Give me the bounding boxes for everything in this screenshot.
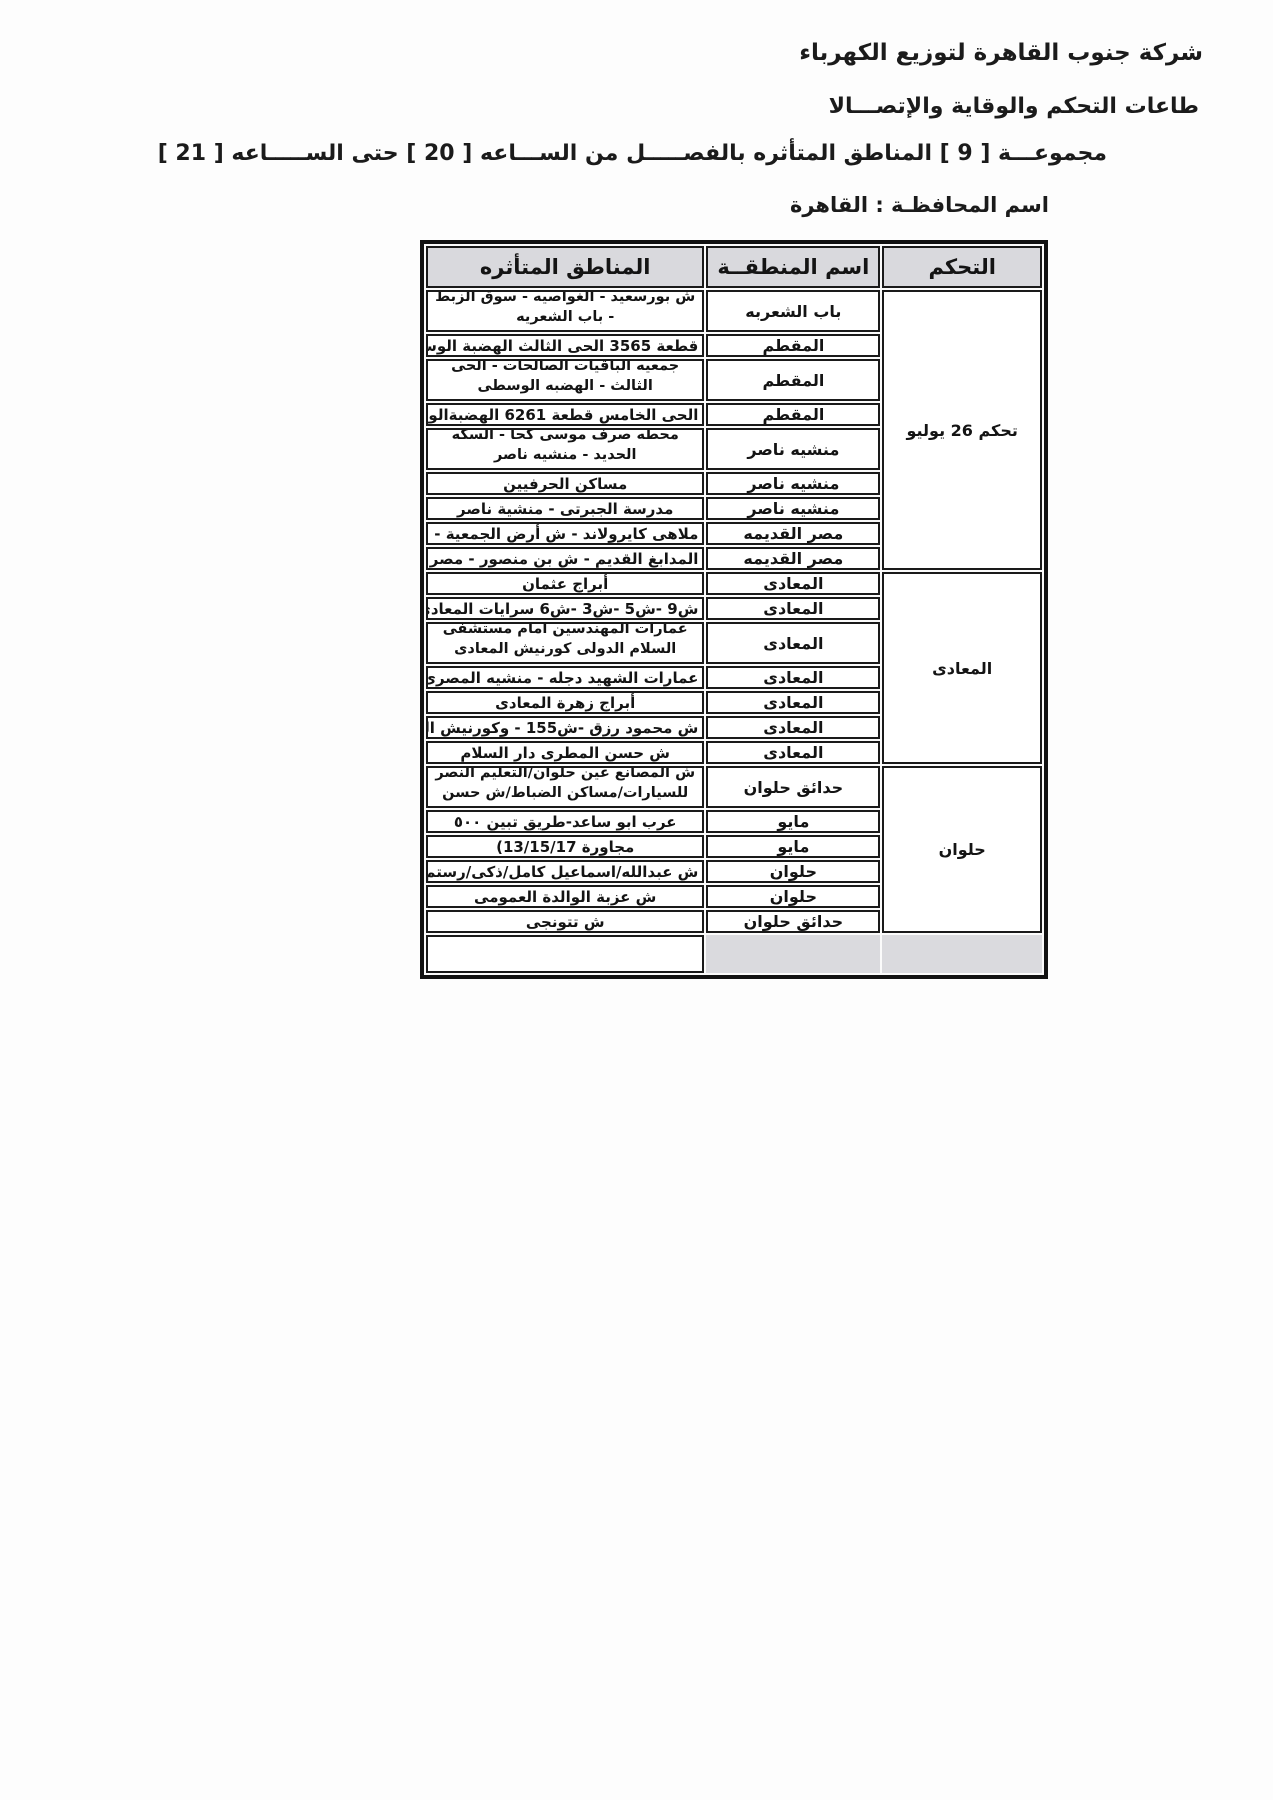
- outage-table-container: التحكم اسم المنطقــة المناطق المتأثره تح…: [420, 240, 1048, 979]
- affected-areas-cell: أبراج عثمان: [426, 572, 704, 595]
- area-name-cell: المقطم: [706, 334, 880, 357]
- area-name-cell: المعادى: [706, 622, 880, 664]
- affected-areas-cell: قطعة 3565 الحى الثالث الهضبة الوسطى: [426, 334, 704, 357]
- affected-areas-cell: عمارات المهندسين امام مستشفى السلام الدو…: [426, 622, 704, 664]
- company-name: شركة جنوب القاهرة لتوزيع الكهرباء: [799, 40, 1203, 66]
- affected-areas-cell: مجاورة 13/15/17): [426, 835, 704, 858]
- area-name-cell: مصر القديمه: [706, 547, 880, 570]
- affected-areas-text: جمعيه الباقيات الصالحات - الحى الثالث - …: [428, 361, 702, 396]
- affected-areas-cell: مدرسة الجبرتى - منشية ناصر: [426, 497, 704, 520]
- control-group-cell: تحكم 26 يوليو: [882, 290, 1042, 570]
- clipped-text-window: ش بورسعيد - الغواصيه - سوق الزبط - باب ا…: [428, 292, 702, 330]
- affected-areas-cell: ش حسن المطرى دار السلام: [426, 741, 704, 764]
- department-name: طاعات التحكم والوقاية والإتصـــالا: [829, 94, 1199, 119]
- affected-areas-text: ش بورسعيد - الغواصيه - سوق الزبط - باب ا…: [428, 292, 702, 327]
- clipped-text-window: ش المصانع عين حلوان/التعليم النصر للسيار…: [428, 768, 702, 806]
- affected-areas-cell: عرب ابو ساعد-طريق تبين ٥٠٠: [426, 810, 704, 833]
- area-name-cell: مايو: [706, 835, 880, 858]
- affected-areas-cell: أبراج زهرة المعادى: [426, 691, 704, 714]
- area-name-cell: المعادى: [706, 597, 880, 620]
- footer-area-cell: [706, 935, 880, 973]
- header-affected-column: المناطق المتأثره: [426, 246, 704, 288]
- area-name-cell: مايو: [706, 810, 880, 833]
- affected-areas-cell: الحى الخامس قطعة 6261 الهضبةالوسطى: [426, 403, 704, 426]
- affected-areas-text: محطه صرف موسى كحا - السكه الحديد - منشيه…: [428, 430, 702, 465]
- area-name-cell: مصر القديمه: [706, 522, 880, 545]
- table-row: المعادىالمعادىأبراج عثمان: [426, 572, 1042, 595]
- affected-areas-cell: ش عزبة الوالدة العمومى: [426, 885, 704, 908]
- affected-areas-cell: عمارات الشهيد دجله - منشيه المصرى: [426, 666, 704, 689]
- clipped-text-window: عمارات المهندسين امام مستشفى السلام الدو…: [428, 624, 702, 662]
- group-schedule-line: مجموعـــة [ 9 ] المناطق المتأثره بالفصــ…: [158, 141, 1107, 166]
- affected-areas-text: ش المصانع عين حلوان/التعليم النصر للسيار…: [428, 768, 702, 806]
- table-row: حلوانحدائق حلوانش المصانع عين حلوان/التع…: [426, 766, 1042, 808]
- outage-table: التحكم اسم المنطقــة المناطق المتأثره تح…: [420, 240, 1048, 979]
- header-control-column: التحكم: [882, 246, 1042, 288]
- area-name-cell: المعادى: [706, 716, 880, 739]
- affected-areas-cell: ش محمود رزق -ش155 - وكورنيش المعادى: [426, 716, 704, 739]
- affected-areas-cell: ش المصانع عين حلوان/التعليم النصر للسيار…: [426, 766, 704, 808]
- area-name-cell: منشيه ناصر: [706, 428, 880, 470]
- area-name-cell: المقطم: [706, 403, 880, 426]
- scanned-document-page: شركة جنوب القاهرة لتوزيع الكهرباء طاعات …: [0, 0, 1273, 1800]
- empty-footer-row: [426, 935, 1042, 973]
- clipped-text-window: جمعيه الباقيات الصالحات - الحى الثالث - …: [428, 361, 702, 399]
- area-name-cell: حلوان: [706, 885, 880, 908]
- footer-affected-cell: [426, 935, 704, 973]
- area-name-cell: حدائق حلوان: [706, 766, 880, 808]
- table-body: تحكم 26 يوليوباب الشعربهش بورسعيد - الغو…: [426, 290, 1042, 973]
- clipped-text-window: محطه صرف موسى كحا - السكه الحديد - منشيه…: [428, 430, 702, 468]
- area-name-cell: المقطم: [706, 359, 880, 401]
- area-name-cell: المعادى: [706, 741, 880, 764]
- area-name-cell: منشيه ناصر: [706, 497, 880, 520]
- area-name-cell: المعادى: [706, 666, 880, 689]
- affected-areas-cell: ش9 -ش5 -ش3 -ش6 سرايات المعادى: [426, 597, 704, 620]
- affected-areas-cell: المدابغ القديم - ش بن منصور - مصر القديم…: [426, 547, 704, 570]
- area-name-cell: باب الشعربه: [706, 290, 880, 332]
- area-name-cell: حلوان: [706, 860, 880, 883]
- area-name-cell: المعادى: [706, 572, 880, 595]
- affected-areas-text: عمارات المهندسين امام مستشفى السلام الدو…: [428, 624, 702, 659]
- table-row: تحكم 26 يوليوباب الشعربهش بورسعيد - الغو…: [426, 290, 1042, 332]
- governorate-line: اسم المحافظـة : القاهرة: [790, 193, 1049, 217]
- affected-areas-cell: مساكن الحرفيين: [426, 472, 704, 495]
- area-name-cell: منشيه ناصر: [706, 472, 880, 495]
- affected-areas-cell: ش بورسعيد - الغواصيه - سوق الزبط - باب ا…: [426, 290, 704, 332]
- affected-areas-cell: جمعيه الباقيات الصالحات - الحى الثالث - …: [426, 359, 704, 401]
- affected-areas-cell: ش عبدالله/اسماعيل كامل/ذكى/رستم/محمود ذك…: [426, 860, 704, 883]
- affected-areas-cell: محطه صرف موسى كحا - السكه الحديد - منشيه…: [426, 428, 704, 470]
- control-group-cell: المعادى: [882, 572, 1042, 764]
- affected-areas-cell: ش تتونجى: [426, 910, 704, 933]
- control-group-cell: حلوان: [882, 766, 1042, 933]
- header-area-column: اسم المنطقــة: [706, 246, 880, 288]
- area-name-cell: حدائق حلوان: [706, 910, 880, 933]
- affected-areas-cell: ملاهى كايرولاند - ش أرض الجمعية - مصر ال…: [426, 522, 704, 545]
- area-name-cell: المعادى: [706, 691, 880, 714]
- footer-control-cell: [882, 935, 1042, 973]
- table-header-row: التحكم اسم المنطقــة المناطق المتأثره: [426, 246, 1042, 288]
